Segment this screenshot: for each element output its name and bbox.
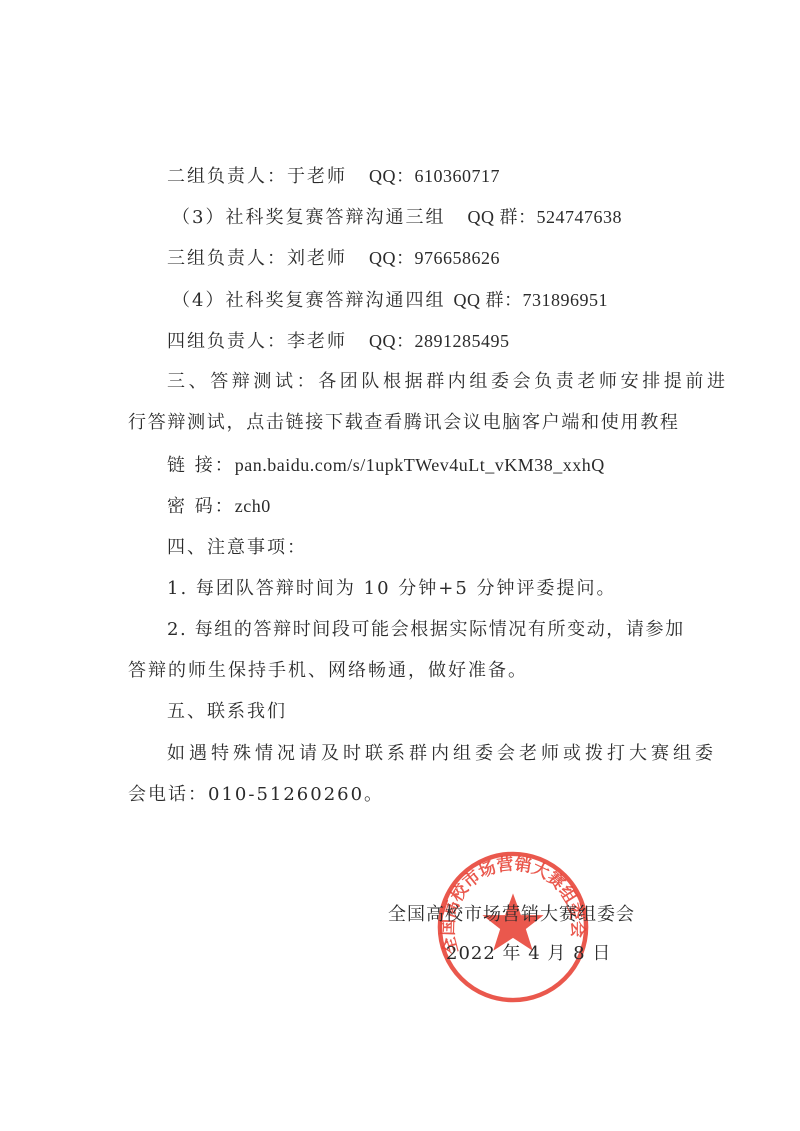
group4-leader: 四组负责人：李老师QQ：2891285495 <box>167 329 510 354</box>
qq-label: QQ： <box>369 166 415 186</box>
password-label: 密 码： <box>167 496 235 517</box>
qq-group-label: QQ 群： <box>467 207 536 227</box>
official-seal-icon: 全国高校市场营销大赛组委会 <box>434 848 592 1006</box>
qq-label: QQ： <box>369 248 415 268</box>
notice-item-2-line2: 答辩的师生保持手机、网络畅通，做好准备。 <box>128 659 528 683</box>
section3-line2: 行答辩测试，点击链接下载查看腾讯会议电脑客户端和使用教程 <box>128 411 680 435</box>
contact-line2: 会电话：010-51260260。 <box>128 783 384 807</box>
link-label: 链 接： <box>167 455 235 476</box>
qq-label: QQ： <box>369 331 415 351</box>
group2-leader: 二组负责人：于老师QQ：610360717 <box>167 164 500 189</box>
password-value: zch0 <box>235 496 271 516</box>
leader-label: 二组负责人：于老师 <box>167 166 347 187</box>
download-link[interactable]: pan.baidu.com/s/1upkTWev4uLt_vKM38_xxhQ <box>235 455 605 475</box>
section5-title: 五、联系我们 <box>167 700 287 724</box>
qq-group-number: 731896951 <box>522 290 608 310</box>
signature-org: 全国高校市场营销大赛组委会 <box>388 903 635 927</box>
password-row: 密 码：zch0 <box>167 494 271 519</box>
group3-qq-group: （3）社科奖复赛答辩沟通三组QQ 群：524747638 <box>172 205 622 230</box>
leader-label: 四组负责人：李老师 <box>167 331 347 352</box>
download-link-row: 链 接：pan.baidu.com/s/1upkTWev4uLt_vKM38_x… <box>167 453 605 478</box>
qq-number: 976658626 <box>415 248 501 268</box>
notice-item-1: 1. 每团队答辩时间为 10 分钟+5 分钟评委提问。 <box>167 577 617 601</box>
group-label: （3）社科奖复赛答辩沟通三组 <box>172 207 445 228</box>
qq-group-label: QQ 群： <box>453 290 522 310</box>
contact-line1: 如遇特殊情况请及时联系群内组委会老师或拨打大赛组委 <box>167 742 717 766</box>
qq-number: 610360717 <box>415 166 501 186</box>
group3-leader: 三组负责人：刘老师QQ：976658626 <box>167 246 500 271</box>
group-label: （4）社科奖复赛答辩沟通四组 <box>172 290 445 311</box>
section3-line1: 三、答辩测试：各团队根据群内组委会负责老师安排提前进 <box>167 370 729 394</box>
qq-group-number: 524747638 <box>536 207 622 227</box>
leader-label: 三组负责人：刘老师 <box>167 248 347 269</box>
signature-date: 2022 年 4 月 8 日 <box>446 942 611 966</box>
qq-number: 2891285495 <box>415 331 510 351</box>
group4-qq-group: （4）社科奖复赛答辩沟通四组QQ 群：731896951 <box>172 288 608 313</box>
section4-title: 四、注意事项： <box>167 536 307 560</box>
notice-item-2-line1: 2. 每组的答辩时间段可能会根据实际情况有所变动，请参加 <box>167 618 685 642</box>
